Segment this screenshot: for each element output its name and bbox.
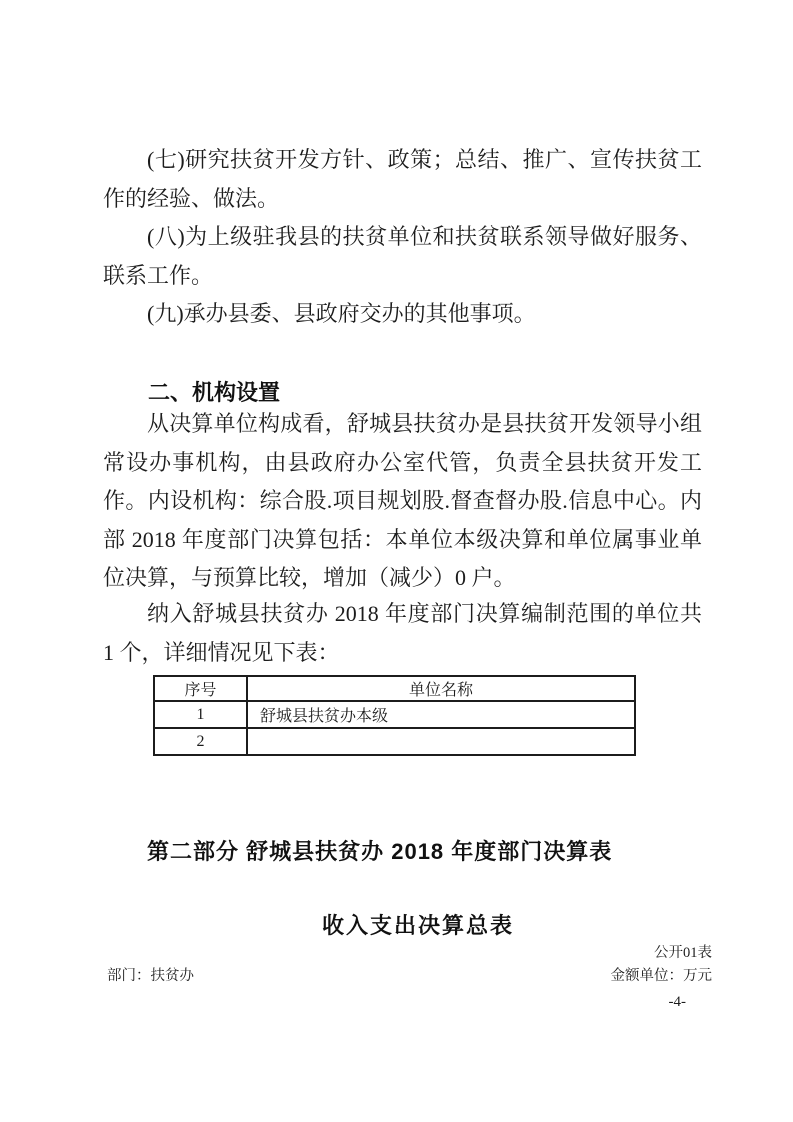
duty-item-9: (九)承办县委、县政府交办的其他事项。 [103, 295, 702, 334]
units-scope-paragraph-wrap: 纳入舒城县扶贫办 2018 年度部门决算编制范围的单位共 1 个，详细情况见下表… [103, 595, 702, 672]
part-two-heading: 第二部分 舒城县扶贫办 2018 年度部门决算表 [103, 837, 612, 867]
statement-table-title: 收入支出决算总表 [103, 911, 733, 941]
amount-unit-label: 金额单位：万元 [611, 966, 713, 986]
units-table: 序号 单位名称 1 舒城县扶贫办本级 2 [153, 675, 636, 756]
unit-seq-cell: 2 [154, 728, 247, 755]
page-number: -4- [103, 992, 686, 1012]
duty-item-8: (八)为上级驻我县的扶贫单位和扶贫联系领导做好服务、联系工作。 [103, 218, 702, 295]
duty-item-7: (七)研究扶贫开发方针、政策；总结、推广、宣传扶贫工作的经验、做法。 [103, 141, 702, 218]
department-label: 部门：扶贫办 [107, 966, 194, 986]
org-setup-heading: 二、机构设置 [103, 379, 280, 407]
units-table-header-row: 序号 单位名称 [154, 676, 635, 701]
org-setup-paragraph-wrap: 从决算单位构成看，舒城县扶贫办是县扶贫开发领导小组常设办事机构，由县政府办公室代… [103, 405, 702, 598]
units-table-row: 1 舒城县扶贫办本级 [154, 701, 635, 728]
duties-paragraphs: (七)研究扶贫开发方针、政策；总结、推广、宣传扶贫工作的经验、做法。 (八)为上… [103, 141, 702, 334]
document-page: (七)研究扶贫开发方针、政策；总结、推广、宣传扶贫工作的经验、做法。 (八)为上… [0, 0, 793, 1122]
public-table-code: 公开01表 [103, 943, 712, 963]
org-setup-paragraph: 从决算单位构成看，舒城县扶贫办是县扶贫开发领导小组常设办事机构，由县政府办公室代… [103, 405, 702, 598]
table-meta-row: 部门：扶贫办 金额单位：万元 [107, 966, 712, 986]
unit-seq-cell: 1 [154, 701, 247, 728]
unit-name-cell [247, 728, 635, 755]
units-table-header-name: 单位名称 [247, 676, 635, 701]
units-table-header-seq: 序号 [154, 676, 247, 701]
units-table-row: 2 [154, 728, 635, 755]
unit-name-cell: 舒城县扶贫办本级 [247, 701, 635, 728]
units-scope-paragraph: 纳入舒城县扶贫办 2018 年度部门决算编制范围的单位共 1 个，详细情况见下表… [103, 595, 702, 672]
